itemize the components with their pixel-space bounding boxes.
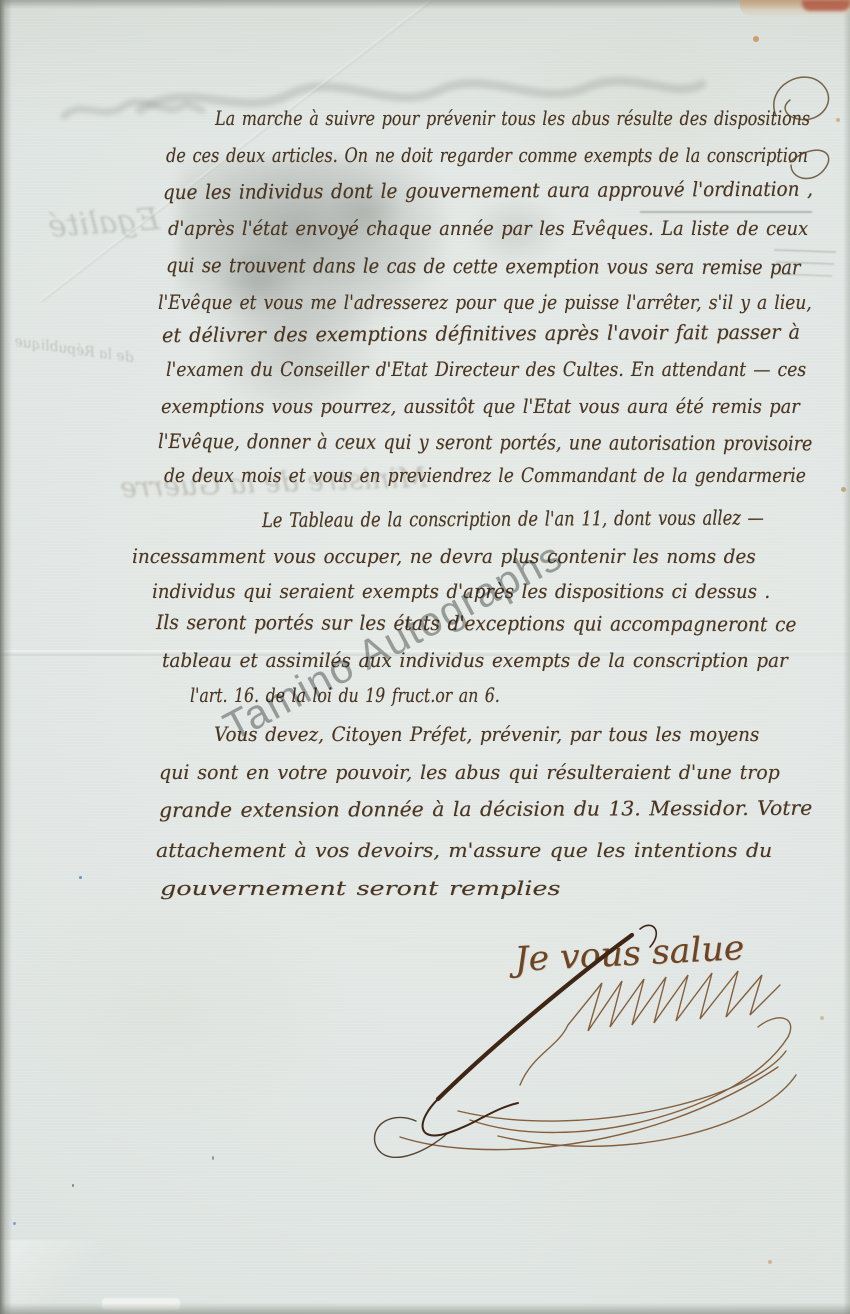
- bleedthrough-rule: [640, 211, 812, 213]
- bleedthrough-letterhead-word: [58, 90, 208, 130]
- letter-line: qui se trouvent dans le cas de cette exe…: [166, 253, 800, 279]
- foxing-spot: [820, 1016, 824, 1020]
- letter-line: l'Evêque et vous me l'adresserez pour qu…: [158, 290, 812, 314]
- letter-line: que les individus dont le gouvernement a…: [163, 177, 813, 204]
- letter-line: attachement à vos devoirs, m'assure que …: [156, 838, 772, 862]
- bleedthrough-republique: de la République: [14, 342, 134, 358]
- letter-line: d'après l'état envoyé chaque année par l…: [168, 216, 808, 240]
- letter-line: incessamment vous occuper, ne devra plus…: [132, 544, 756, 568]
- letter-line: l'examen du Conseiller d'Etat Directeur …: [166, 357, 806, 381]
- letter-line: La marche à suivre pour prévenir tous le…: [215, 106, 810, 130]
- letter-line: de ces deux articles. On ne doit regarde…: [166, 143, 808, 167]
- paper-edge-top: [0, 0, 850, 9]
- letter-line: et délivrer des exemptions définitives a…: [162, 320, 800, 347]
- bleedthrough-small-line-1: [774, 249, 836, 253]
- letter-line: gouvernement seront remplies: [160, 876, 560, 900]
- foxing-spot: [768, 1260, 772, 1264]
- seal-remnant-top-right: [802, 0, 850, 11]
- ink-speck-dark: [72, 1184, 74, 1187]
- letter-line: Vous devez, Citoyen Préfet, prévenir, pa…: [214, 722, 759, 746]
- ink-speck-dark: [212, 1156, 214, 1160]
- letter-line: de deux mois et vous en previendrez le C…: [164, 463, 806, 487]
- letter-line: qui sont en votre pouvoir, les abus qui …: [159, 760, 780, 784]
- paper-edge-bottom: [0, 1303, 850, 1314]
- paper-edge-right: [843, 0, 850, 1314]
- letter-line: tableau et assimilés aux individus exemp…: [162, 648, 788, 672]
- paper-edge-left: [0, 0, 12, 1314]
- letter-line: l'Evêque, donner à ceux qui y seront por…: [158, 429, 812, 455]
- ink-speck-blue: [13, 1222, 16, 1225]
- ink-speck-blue: [79, 876, 82, 879]
- letter-photograph: Egalité de la République Ministre de la …: [0, 0, 850, 1314]
- closing-salutation: Je vous salue: [514, 928, 746, 980]
- foxing-spot: [753, 36, 759, 42]
- letter-line: exemptions vous pourrez, aussitôt que l'…: [161, 394, 800, 418]
- letter-line: grande extension donnée à la décision du…: [159, 796, 812, 822]
- letter-line: Le Tableau de la conscription de l'an 11…: [262, 505, 764, 532]
- foxing-spot: [836, 118, 840, 122]
